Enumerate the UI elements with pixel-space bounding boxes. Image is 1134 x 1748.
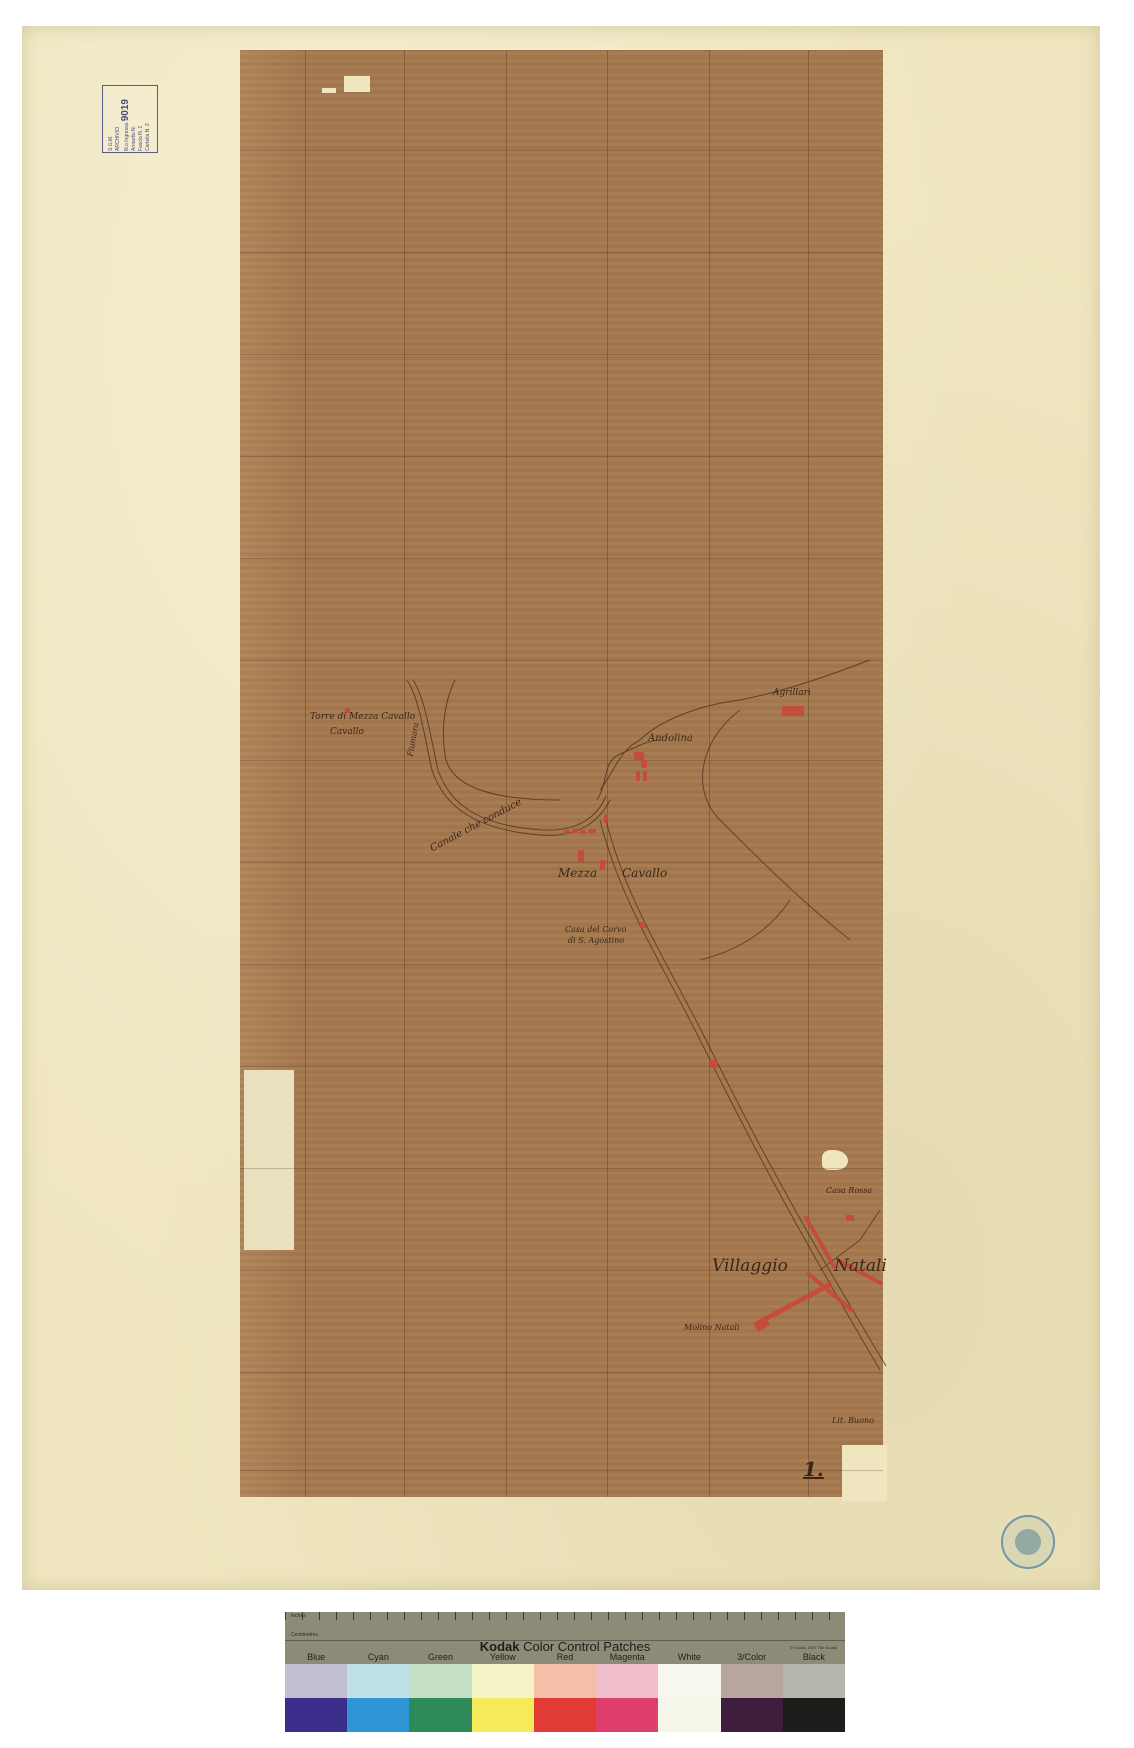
patch-name: 3/Color — [721, 1652, 783, 1662]
patch-dark — [534, 1698, 596, 1732]
patch-light — [596, 1664, 658, 1698]
kodak-copyright: © Kodak, 2007 TM: Kodak — [790, 1645, 837, 1650]
patch-dark — [347, 1698, 409, 1732]
patch-light — [285, 1664, 347, 1698]
patch-name: Blue — [285, 1652, 347, 1662]
river-lines — [407, 660, 870, 835]
label-casa-corvo: Casa del Corvo — [565, 925, 626, 934]
patch-dark — [472, 1698, 534, 1732]
color-patch-cyan — [347, 1664, 409, 1732]
patch-light — [347, 1664, 409, 1698]
patch-light — [658, 1664, 720, 1698]
color-patch-red — [534, 1664, 596, 1732]
patch-dark — [721, 1698, 783, 1732]
label-casa-corvo-2: di S. Agostino — [568, 936, 624, 945]
ruler-inches-label: Inches — [291, 1613, 306, 1619]
label-cavallo-torre: Cavallo — [330, 727, 364, 737]
patch-dark — [783, 1698, 845, 1732]
label-villaggio: Villaggio — [712, 1256, 788, 1276]
color-patch-blue — [285, 1664, 347, 1732]
kodak-color-control-strip: Inches Centimetres Kodak Color Control P… — [285, 1612, 845, 1732]
label-agrillari: Agrillari — [773, 688, 811, 698]
archive-stamp — [1001, 1515, 1055, 1569]
label-natali: Natali — [834, 1256, 887, 1276]
color-patches — [285, 1664, 845, 1732]
ruler: Inches Centimetres — [285, 1612, 845, 1641]
patch-light — [783, 1664, 845, 1698]
sheet-number: 1. — [803, 1457, 824, 1481]
buildings — [345, 706, 883, 1332]
patch-name: Black — [783, 1652, 845, 1662]
label-andolina: Andolina — [648, 733, 693, 744]
color-patch-yellow — [472, 1664, 534, 1732]
ruler-cm-label: Centimetres — [291, 1632, 318, 1638]
patch-light — [534, 1664, 596, 1698]
color-patch-white — [658, 1664, 720, 1732]
label-mulino: Molino Natali — [684, 1323, 740, 1332]
color-patch-magenta — [596, 1664, 658, 1732]
label-lib-buono: Lit. Buono — [832, 1416, 874, 1425]
patch-dark — [596, 1698, 658, 1732]
patch-dark — [658, 1698, 720, 1732]
label-casa-rossa: Casa Rossa — [826, 1186, 872, 1195]
label-cavallo: Cavallo — [622, 866, 667, 880]
label-mezza: Mezza — [558, 866, 597, 880]
patch-name: Magenta — [596, 1652, 658, 1662]
patch-names: Blue Cyan Green Yellow Red Magenta White… — [285, 1652, 845, 1662]
patch-dark — [285, 1698, 347, 1732]
patch-light — [409, 1664, 471, 1698]
label-torre: Torre di Mezza Cavallo — [310, 712, 415, 722]
patch-name: Green — [409, 1652, 471, 1662]
patch-name: White — [658, 1652, 720, 1662]
patch-name: Yellow — [472, 1652, 534, 1662]
patch-name: Red — [534, 1652, 596, 1662]
color-patch-3color — [721, 1664, 783, 1732]
patch-light — [721, 1664, 783, 1698]
patch-dark — [409, 1698, 471, 1732]
color-patch-black — [783, 1664, 845, 1732]
patch-name: Cyan — [347, 1652, 409, 1662]
color-patch-green — [409, 1664, 471, 1732]
patch-light — [472, 1664, 534, 1698]
